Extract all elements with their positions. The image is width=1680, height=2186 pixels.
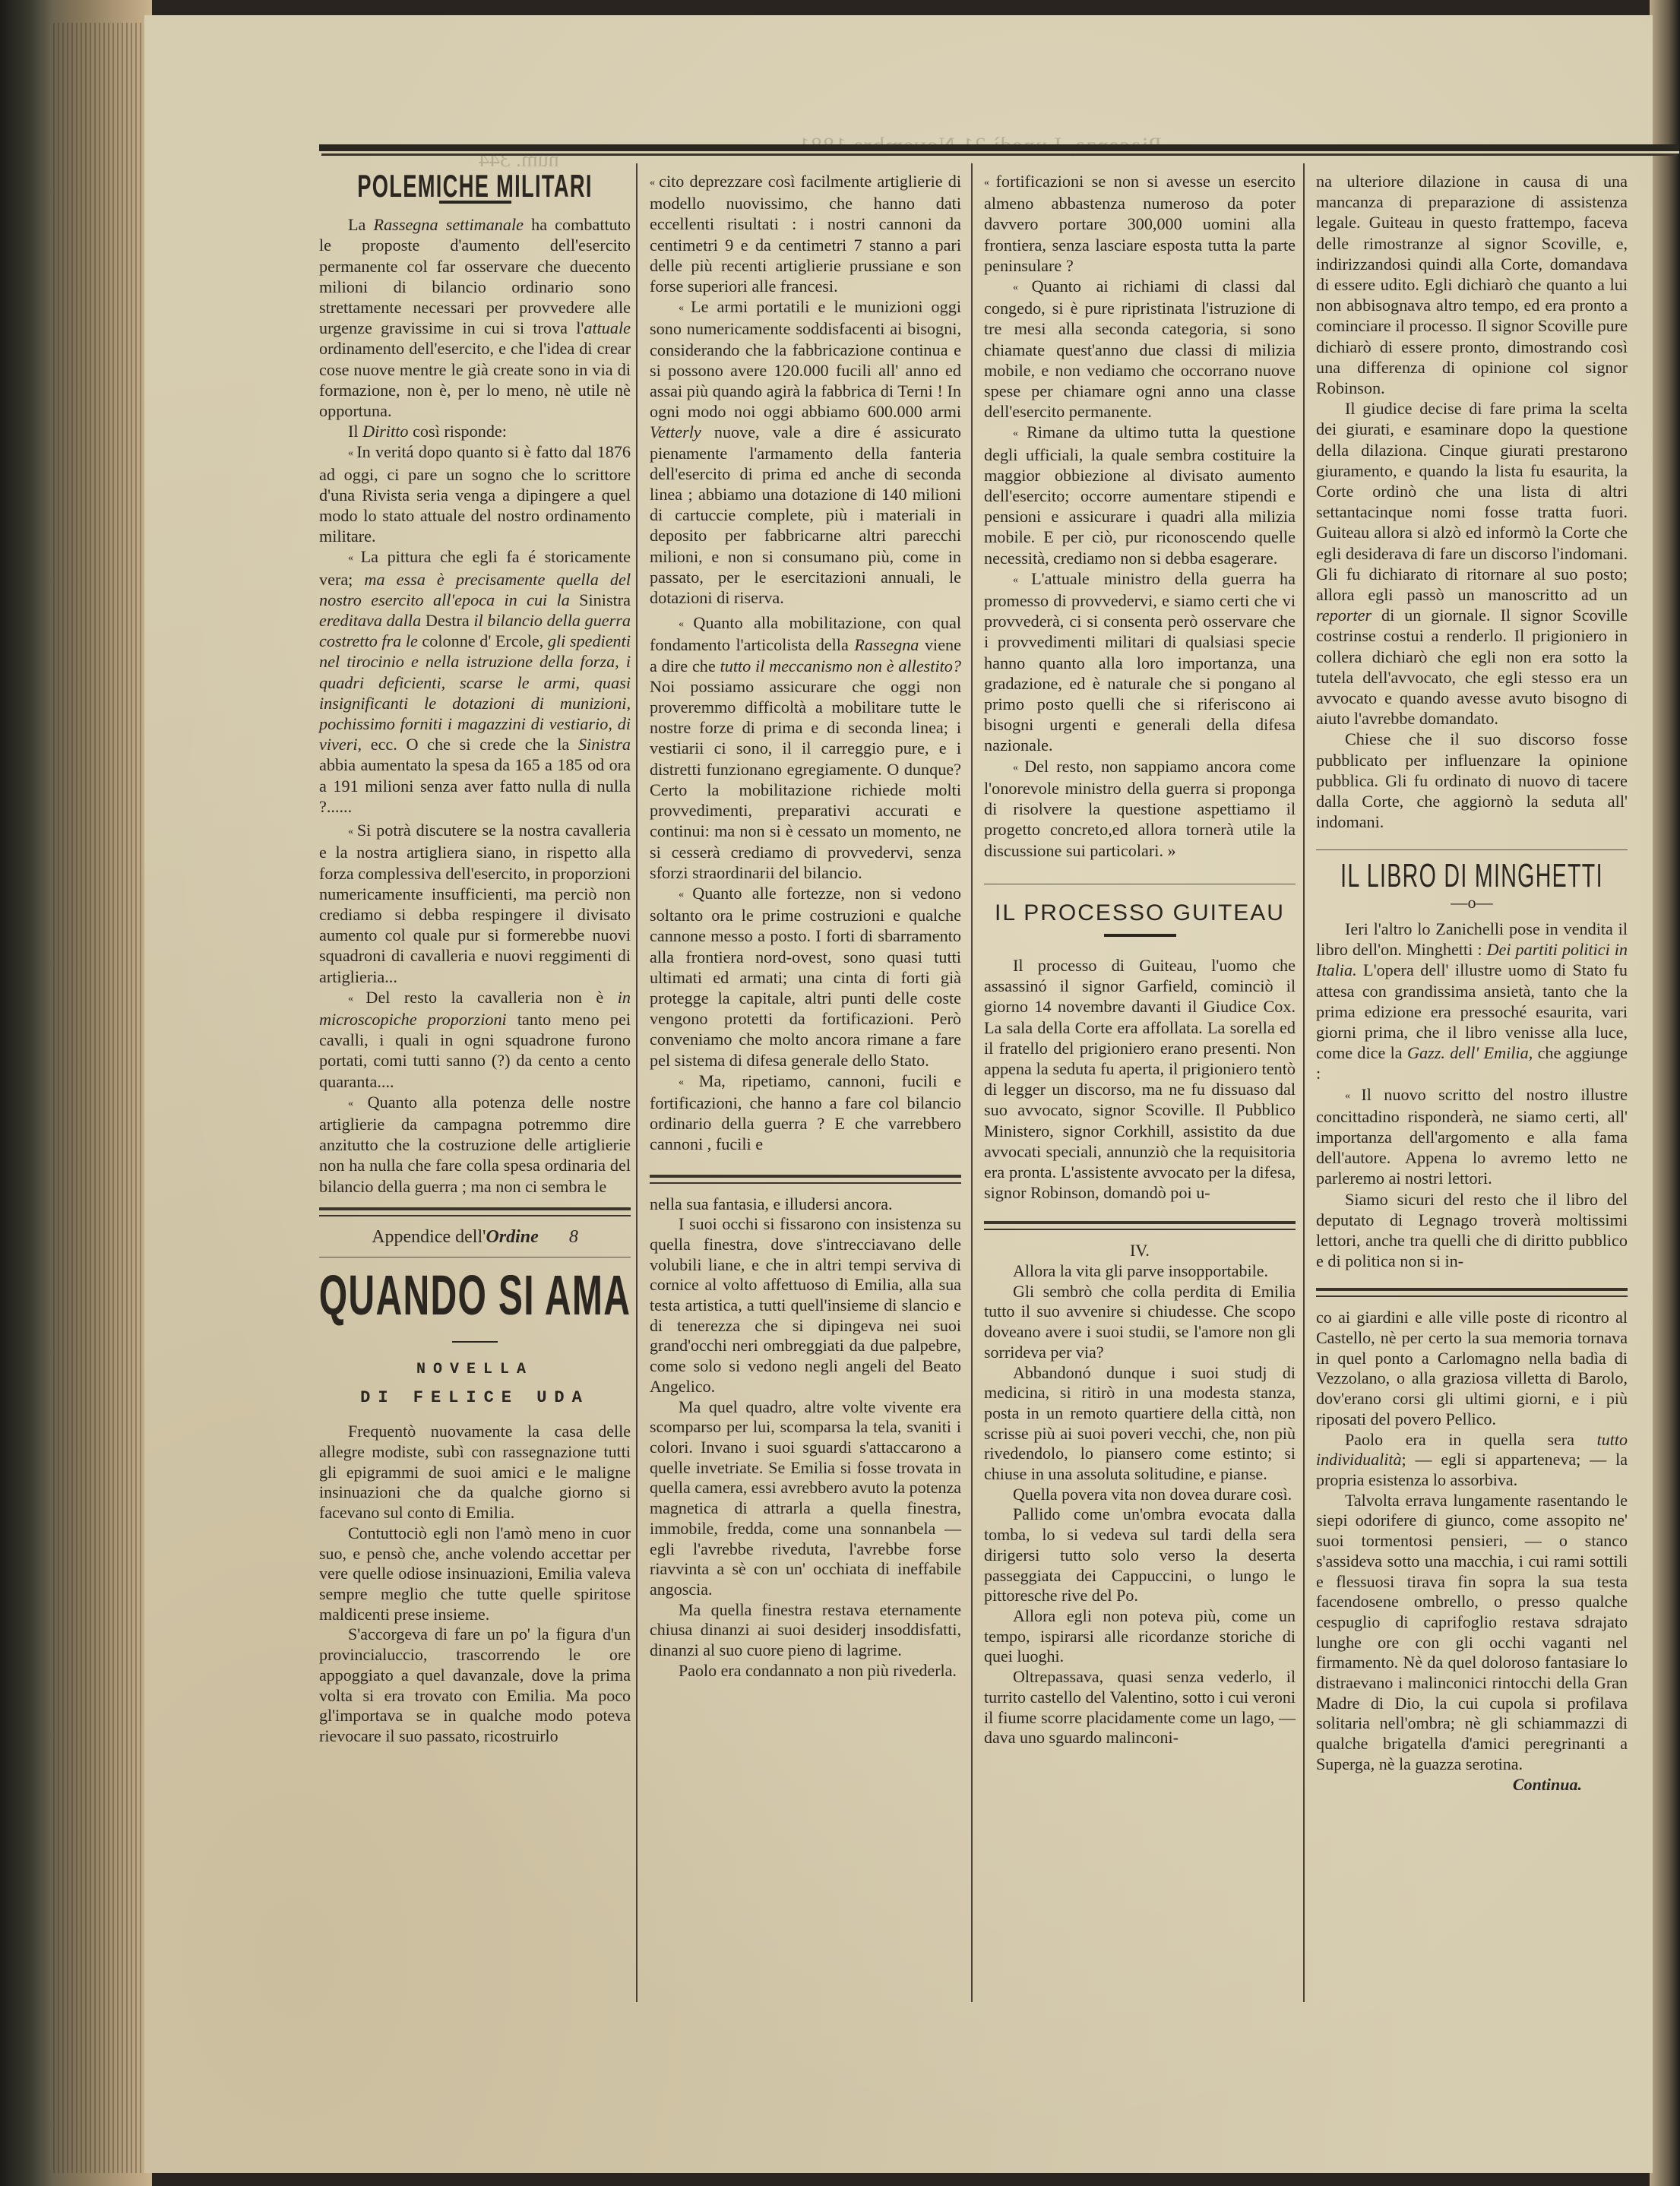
paragraph: Il giudice decise di fare prima la scelt… [1316,398,1628,729]
label-rule [319,1257,631,1258]
feuilleton-divider [650,1175,961,1184]
quote-paragraph: cito deprezzare così facilmente artiglie… [650,171,961,296]
story-paragraph: co ai giardini e alle ville poste di ric… [1316,1308,1628,1429]
quote-paragraph: Del resto la cavalleria non è in microsc… [319,987,631,1092]
paragraph: na ulteriore dilazione in causa di una m… [1316,171,1628,398]
story-paragraph: Pallido come un'ombra evocata dalla tomb… [984,1504,1296,1606]
column-rule-2 [971,163,973,2002]
quote-paragraph: Quanto ai richiami di classi dal congedo… [984,276,1296,422]
story-paragraph: Frequentò nuovamente la casa delle alleg… [319,1422,631,1523]
paragraph: Siamo sicuri del resto che il libro del … [1316,1189,1628,1272]
chapter-number: IV. [984,1241,1296,1261]
column-rule-3 [1303,163,1305,2002]
paragraph: Il processo di Guiteau, l'uomo che assas… [984,955,1296,1203]
article-title-minghetti: IL LIBRO DI MINGHETTI [1326,865,1618,886]
story-paragraph: S'accorgeva di fare un po' la figura d'u… [319,1624,631,1746]
quote-paragraph: Rimane da ultimo tutta la questione degl… [984,422,1296,568]
story-paragraph: Ma quel quadro, altre volte vivente era … [650,1397,961,1600]
story-paragraph: Contuttociò egli non l'amò meno in cuor … [319,1523,631,1625]
quote-paragraph: Del resto, non sappiamo ancora come l'on… [984,756,1296,861]
title-rule [452,1341,498,1343]
feuilleton-author: DI FELICE UDA [319,1387,631,1408]
story-paragraph: Allora egli non poteva più, come un temp… [984,1606,1296,1667]
story-paragraph: Paolo era condannato a non più rivederla… [650,1661,961,1681]
quote-paragraph: Ma, ripetiamo, cannoni, fucili e fortifi… [650,1071,961,1155]
ornament: —o— [1316,892,1628,913]
right-page-edge [1650,0,1680,2186]
section-divider [984,884,1296,884]
feuilleton-divider [1316,1288,1628,1297]
feuilleton-divider [984,1221,1296,1230]
page-edges [53,23,144,2173]
title-rule [1104,934,1176,937]
story-paragraph: Talvolta errava lungamente rasentando le… [1316,1491,1628,1775]
paragraph: Ieri l'altro lo Zanichelli pose in vendi… [1316,919,1628,1084]
top-double-rule [319,144,1679,153]
article-title-guiteau: IL PROCESSO GUITEAU [984,903,1296,923]
column-rule-1 [636,163,638,2002]
quote-paragraph: Quanto alle fortezze, non si vedono solt… [650,883,961,1071]
quote-paragraph: La pittura che egli fa é storicamente ve… [319,546,631,817]
quote-paragraph: Il nuovo scritto del nostro illustre con… [1316,1084,1628,1189]
feuilleton-title: QUANDO SI AMA [315,1264,636,1327]
story-paragraph: Ma quella finestra restava eternamente c… [650,1600,961,1661]
continua-label: Continua. [1316,1775,1582,1795]
quote-paragraph: Si potrà discutere se la nostra cavaller… [319,820,631,987]
quote-paragraph: Quanto alla mobilitazione, con qual fond… [650,612,961,883]
story-paragraph: Abbandonó dunque i suoi studj di medicin… [984,1363,1296,1485]
story-paragraph: Allora la vita gli parve insopportabile. [984,1261,1296,1282]
story-paragraph: Quella povera vita non dovea durare così… [984,1485,1296,1505]
paragraph: Il Diritto così risponde: [319,421,631,441]
book-binding-edge [0,0,152,2186]
paragraph: Chiese che il suo discorso fosse pubblic… [1316,729,1628,832]
quote-paragraph: fortificazioni se non si avesse un eserc… [984,171,1296,276]
feuilleton-label: Appendice dell'Ordine8 [319,1227,631,1248]
story-paragraph: Paolo era in quella sera tutto individua… [1316,1430,1628,1491]
column-3: fortificazioni se non si avesse un eserc… [984,171,1296,1748]
section-divider [1316,849,1628,850]
article-title-polemiche: POLEMICHE MILITARI [344,176,606,196]
feuilleton-subtitle: NOVELLA [319,1359,631,1380]
column-1: POLEMICHE MILITARI La Rassegna settimana… [319,171,631,1747]
story-paragraph: Oltrepassava, quasi senza vederlo, il tu… [984,1667,1296,1748]
feuilleton-divider [319,1207,631,1216]
quote-paragraph: Quanto alla potenza delle nostre artigli… [319,1092,631,1197]
story-paragraph: nella sua fantasia, e illudersi ancora. [650,1194,961,1215]
quote-paragraph: Le armi portatili e le munizioni oggi so… [650,296,961,608]
column-2: cito deprezzare così facilmente artiglie… [650,171,961,1681]
paragraph: La Rassegna settimanale ha combattuto le… [319,214,631,421]
story-paragraph: I suoi occhi si fissarono con insistenza… [650,1214,961,1397]
story-paragraph: Gli sembrò che colla perdita di Emilia t… [984,1282,1296,1363]
quote-paragraph: L'attuale ministro della guerra ha prome… [984,568,1296,756]
quote-paragraph: In veritá dopo quanto si è fatto dal 187… [319,441,631,546]
column-4: na ulteriore dilazione in causa di una m… [1316,171,1628,1795]
